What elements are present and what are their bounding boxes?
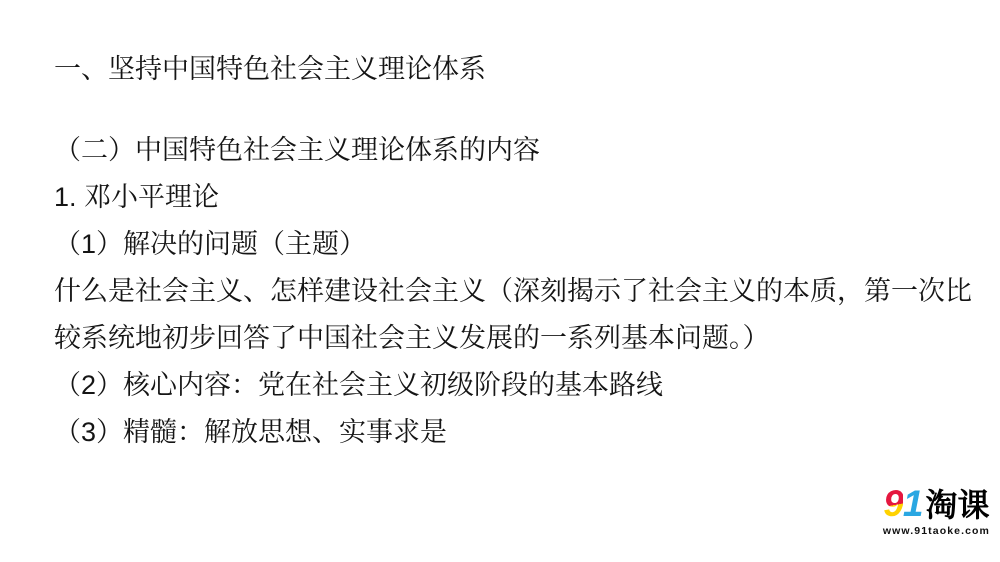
logo-wordmark: 91淘课	[883, 485, 990, 522]
body-line-item1: 1. 邓小平理论	[54, 174, 978, 221]
logo-url: www.91taoke.com	[883, 526, 990, 537]
body-line-section: （二）中国特色社会主义理论体系的内容	[54, 127, 978, 174]
slide-body: （二）中国特色社会主义理论体系的内容 1. 邓小平理论 （1）解决的问题（主题）…	[54, 127, 978, 456]
taoke-logo: 91淘课 www.91taoke.com	[883, 485, 990, 537]
body-line-point2: （2）核心内容：党在社会主义初级阶段的基本路线	[54, 362, 978, 409]
body-paragraph: 什么是社会主义、怎样建设社会主义（深刻揭示了社会主义的本质，第一次比较系统地初步…	[54, 268, 978, 362]
body-line-point3: （3）精髓：解放思想、实事求是	[54, 409, 978, 456]
body-line-point1: （1）解决的问题（主题）	[54, 221, 978, 268]
logo-digit-1: 1	[903, 483, 923, 524]
logo-brand-text: 淘课	[925, 487, 989, 523]
slide: 一、坚持中国特色社会主义理论体系 （二）中国特色社会主义理论体系的内容 1. 邓…	[0, 0, 1000, 562]
logo-digit-9: 9	[883, 483, 903, 524]
slide-title: 一、坚持中国特色社会主义理论体系	[54, 46, 486, 93]
